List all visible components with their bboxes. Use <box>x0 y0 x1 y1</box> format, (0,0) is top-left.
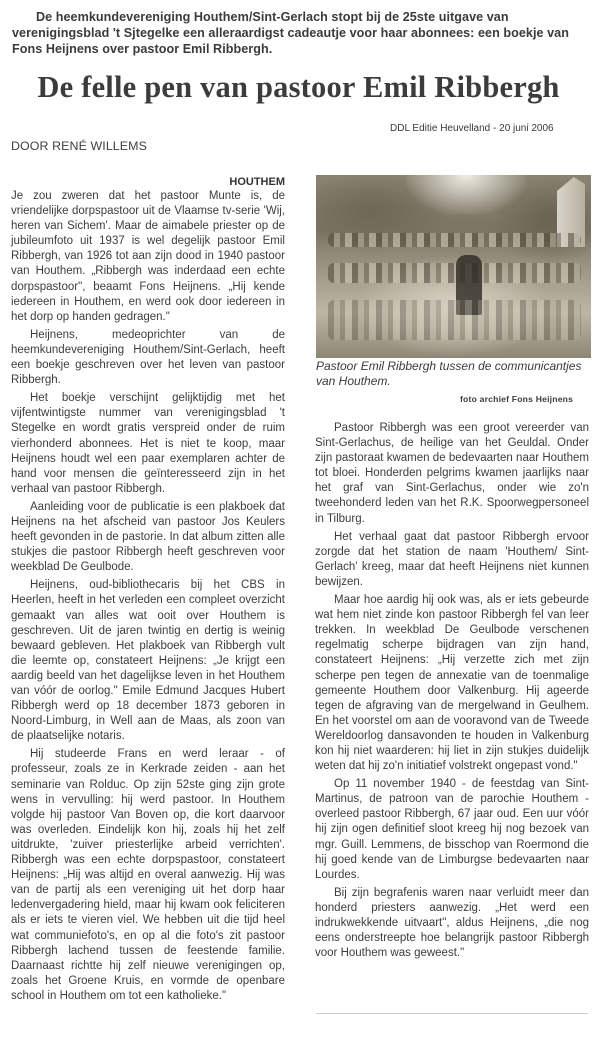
body-paragraph: Heijnens, medeoprichter van de heemkunde… <box>11 328 285 388</box>
body-paragraph: Heijnens, oud-bibliothecaris bij het CBS… <box>11 578 285 744</box>
lead-paragraph: De heemkundevereniging Houthem/Sint-Gerl… <box>12 9 592 57</box>
body-paragraph: Pastoor Ribbergh was een groot vereerder… <box>315 421 589 527</box>
body-paragraph: Maar hoe aardig hij ook was, als er iets… <box>315 593 589 774</box>
photo-caption: Pastoor Emil Ribbergh tussen de communic… <box>316 359 596 389</box>
group-photo <box>316 175 591 358</box>
body-paragraph: Hij studeerde Frans en werd leraar - of … <box>11 747 285 1004</box>
photo-front-row <box>328 300 581 340</box>
right-column: Pastoor Ribbergh was een groot vereerder… <box>315 421 589 964</box>
photo-back-row <box>328 233 581 247</box>
photo-middle-row <box>328 263 581 283</box>
end-rule <box>316 1013 588 1014</box>
body-paragraph: Op 11 november 1940 - de feestdag van Si… <box>315 777 589 883</box>
photo-sky <box>406 175 526 215</box>
body-paragraph: Het verhaal gaat dat pastoor Ribbergh er… <box>315 530 589 590</box>
body-paragraph: Het boekje verschijnt gelijktijdig met h… <box>11 391 285 497</box>
photo-credit: foto archief Fons Heijnens <box>460 394 573 404</box>
body-paragraph: Bij zijn begrafenis waren naar verluidt … <box>315 886 589 961</box>
body-paragraph: Aanleiding voor de publicatie is een pla… <box>11 500 285 575</box>
left-column: HOUTHEM Je zou zweren dat het pastoor Mu… <box>11 176 285 1007</box>
source-line: DDL Editie Heuvelland - 20 juni 2006 <box>390 123 554 134</box>
body-paragraph: Je zou zweren dat het pastoor Munte is, … <box>11 189 285 325</box>
article-headline: De felle pen van pastoor Emil Ribbergh <box>0 70 597 105</box>
dateline: HOUTHEM <box>11 176 285 189</box>
byline: DOOR RENÉ WILLEMS <box>11 139 147 153</box>
